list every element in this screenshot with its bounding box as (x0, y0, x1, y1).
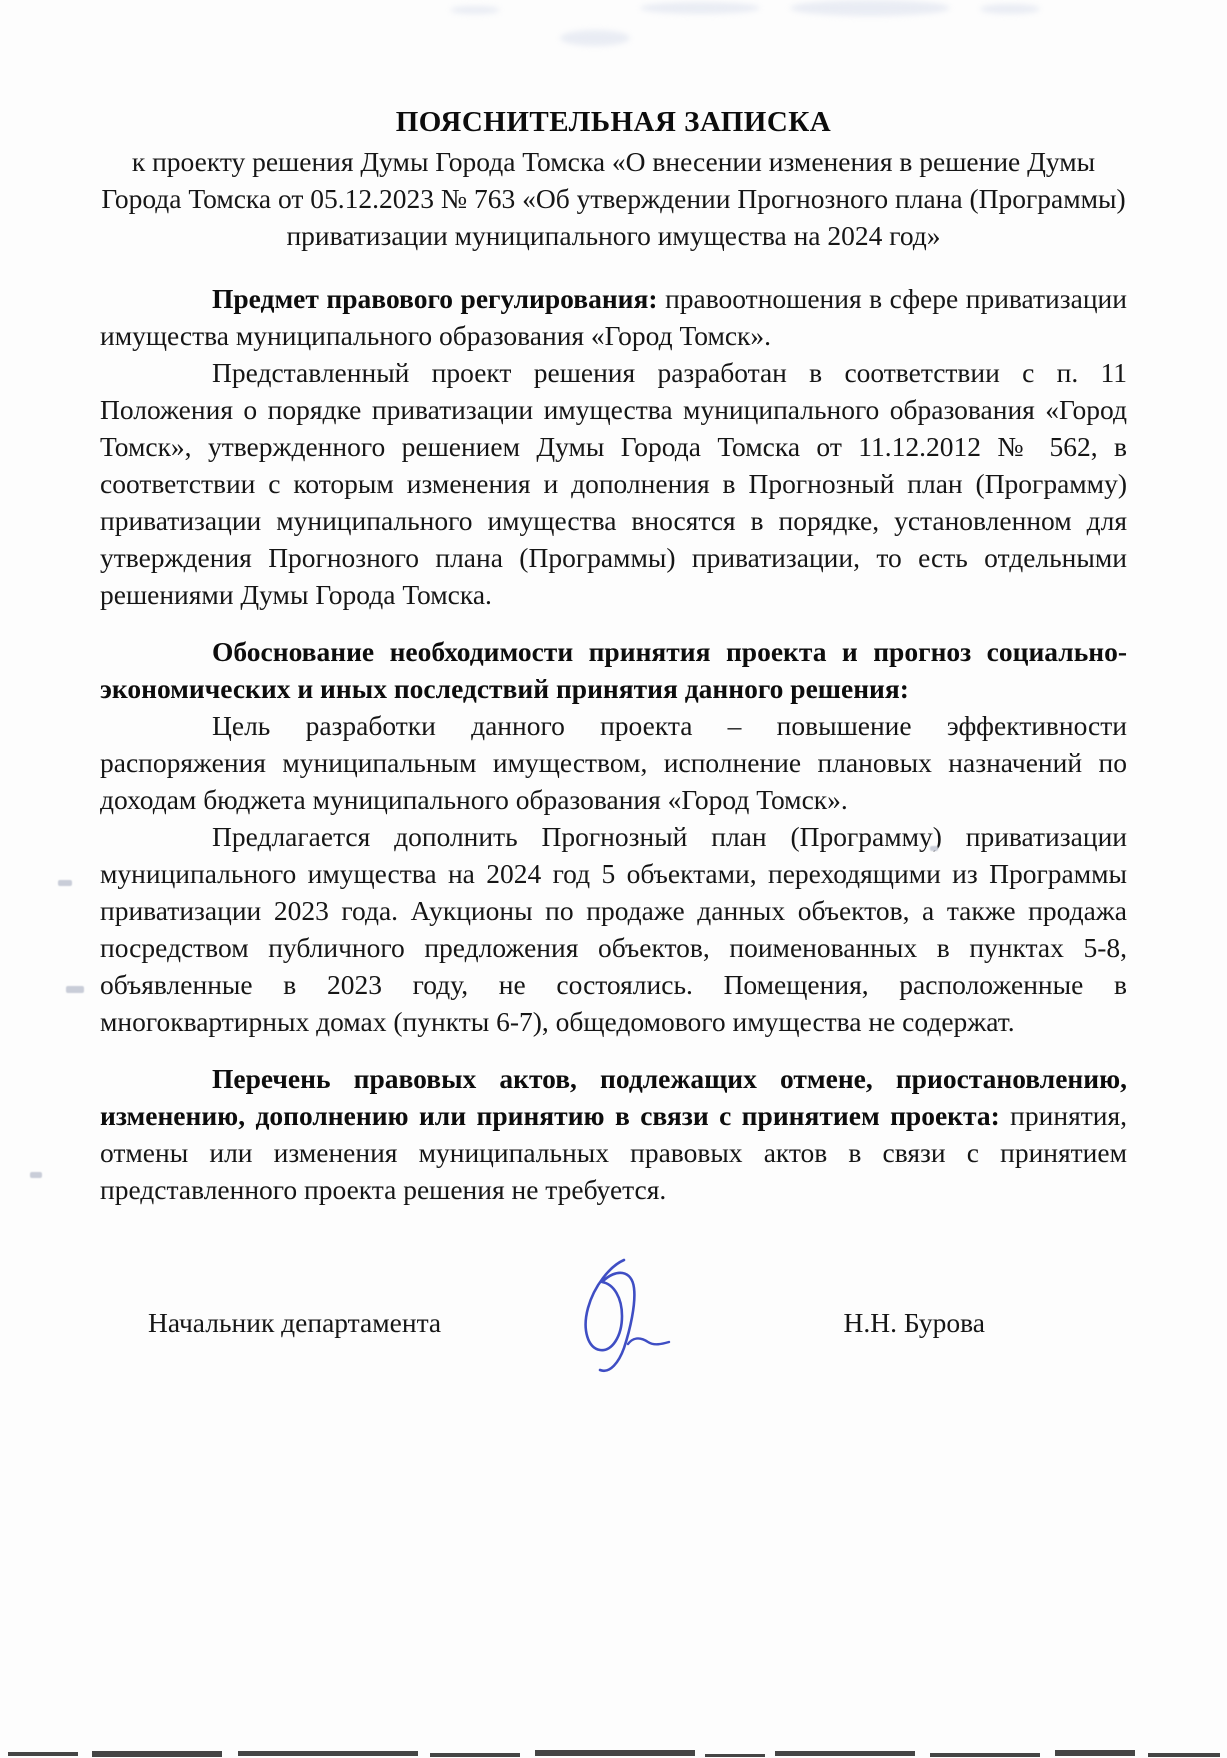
scan-speck (66, 986, 84, 993)
paragraph-text: Предлагается дополнить Прогнозный план (… (100, 821, 1127, 1037)
scan-edge-segment (775, 1751, 915, 1756)
paragraph-goal: Цель разработки данного проекта – повыше… (100, 707, 1127, 818)
scan-smudge (790, 0, 950, 16)
scan-edge-segment (430, 1753, 520, 1757)
paragraph-justification-heading: Обоснование необходимости принятия проек… (100, 633, 1127, 707)
paragraph-subject: Предмет правового регулирования: правоот… (100, 280, 1127, 354)
scan-smudge (980, 4, 1040, 14)
scan-edge-segment (1055, 1750, 1135, 1756)
scan-speck (930, 846, 938, 851)
signature-stroke (586, 1260, 635, 1371)
scan-edge-segment (8, 1752, 78, 1756)
signature-block: Начальник департамента Н.Н. Бурова (100, 1304, 1127, 1341)
scan-edge-segment (92, 1751, 222, 1757)
scan-edge-segment (238, 1751, 418, 1756)
document-title: ПОЯСНИТЕЛЬНАЯ ЗАПИСКА (100, 104, 1127, 141)
paragraph-text: Представленный проект решения разработан… (100, 357, 1127, 610)
signatory-position: Начальник департамента (148, 1304, 441, 1341)
paragraph-text: Цель разработки данного проекта – повыше… (100, 710, 1127, 815)
scan-speck (30, 1172, 42, 1178)
paragraph-basis: Представленный проект решения разработан… (100, 354, 1127, 613)
scan-smudge (450, 6, 500, 14)
scan-smudge (560, 30, 630, 46)
document-page: ПОЯСНИТЕЛЬНАЯ ЗАПИСКА к проекту решения … (0, 0, 1227, 1758)
scan-edge-segment (535, 1750, 695, 1756)
signatory-name: Н.Н. Бурова (843, 1304, 985, 1341)
scan-edge-segment (930, 1753, 1040, 1757)
paragraph-legal-acts: Перечень правовых актов, подлежащих отме… (100, 1060, 1127, 1208)
signature-flourish (628, 1339, 669, 1345)
scan-edge-segment (705, 1754, 765, 1757)
paragraph-proposal: Предлагается дополнить Прогнозный план (… (100, 818, 1127, 1040)
paragraph-lead: Предмет правового регулирования: (212, 283, 658, 314)
paragraph-lead: Обоснование необходимости принятия проек… (100, 636, 1127, 704)
handwritten-signature (572, 1252, 682, 1380)
paragraph-lead: Перечень правовых актов, подлежащих отме… (100, 1063, 1127, 1131)
scan-edge-segment (1148, 1753, 1220, 1757)
document-subtitle: к проекту решения Думы Города Томска «О … (100, 143, 1127, 254)
scan-smudge (640, 2, 760, 14)
scan-speck (58, 880, 72, 886)
